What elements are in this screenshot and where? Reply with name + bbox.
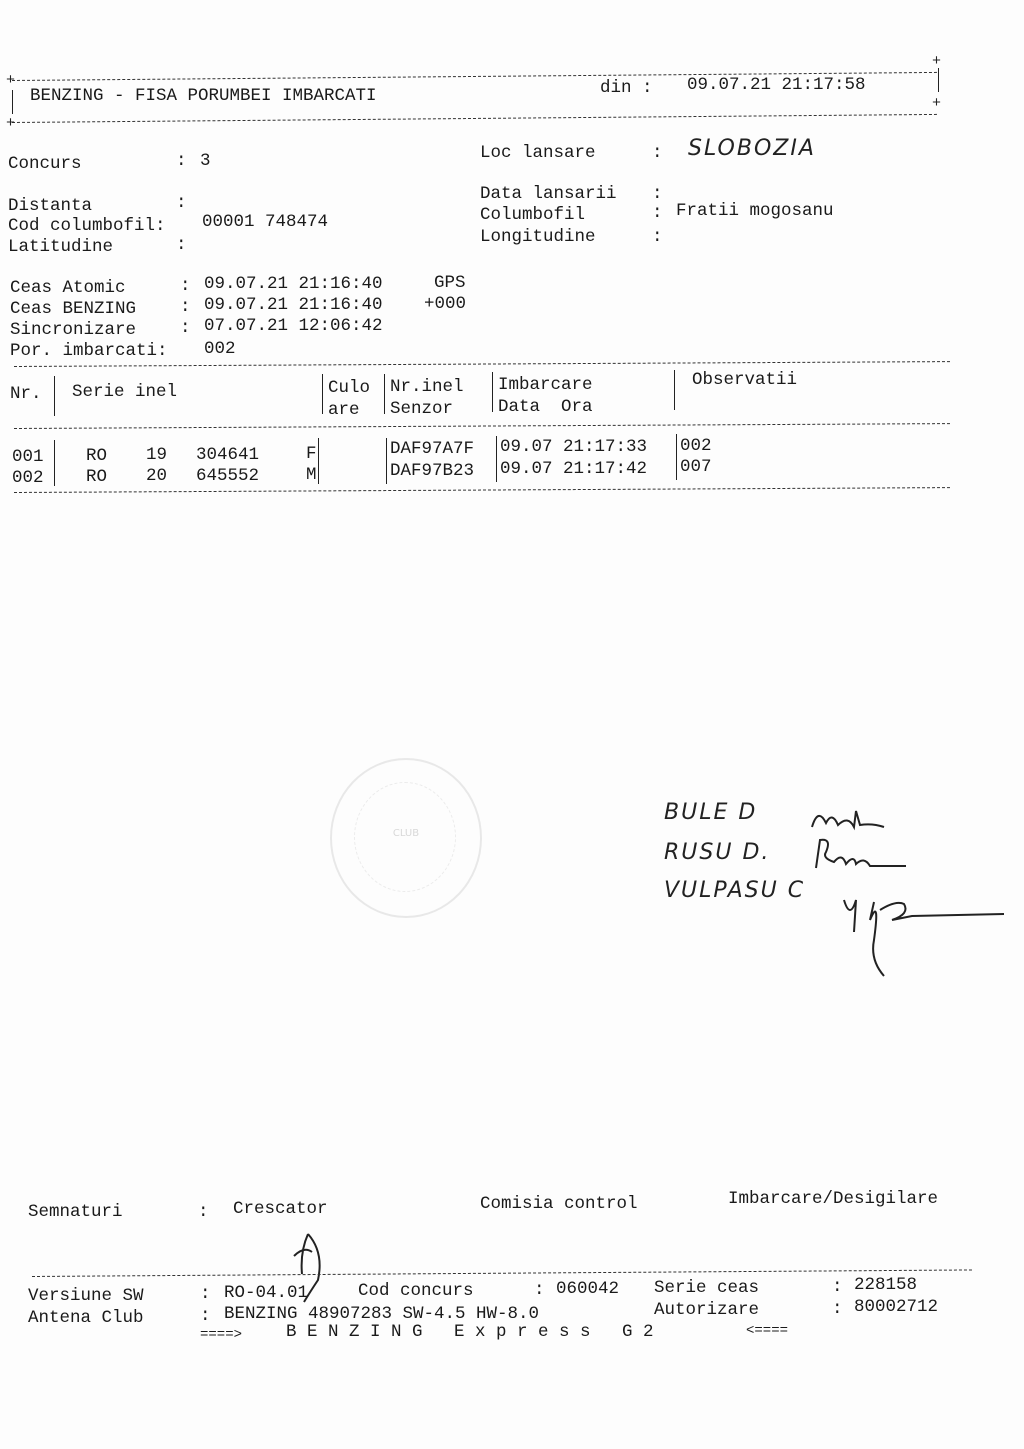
colon: : — [652, 203, 663, 224]
footer-divider — [32, 1269, 972, 1277]
antena-label: Antena Club — [28, 1308, 144, 1329]
banner-left-arrow: ====> — [200, 1325, 242, 1346]
col-divider — [54, 376, 55, 416]
colon: : — [200, 1284, 211, 1305]
row-senzor: DAF97B23 — [390, 461, 474, 482]
crescator-label: Crescator — [233, 1199, 328, 1220]
col-divider — [54, 440, 55, 486]
header-serie-inel: Serie inel — [72, 382, 177, 403]
row-nr: 002 — [12, 468, 44, 489]
banner-text: B E N Z I N G E x p r e s s G 2 — [286, 1322, 654, 1343]
row-data-ora: 09.07 21:17:33 — [500, 437, 647, 458]
cod-columbofil-value: 00001 748474 — [202, 212, 328, 233]
col-divider — [674, 370, 675, 410]
table-header-border — [14, 423, 950, 429]
colon: : — [198, 1202, 209, 1223]
corner-plus: + — [932, 98, 941, 110]
colon: : — [652, 143, 663, 164]
colon: : — [176, 193, 187, 214]
header-senzor: Senzor — [390, 399, 453, 420]
banner-right-arrow: <==== — [746, 1321, 788, 1342]
cod-columbofil-label: Cod columbofil: — [8, 216, 166, 237]
imbarcare-desigilare-label: Imbarcare/Desigilare — [728, 1189, 938, 1210]
row-country: RO — [86, 446, 107, 467]
por-imbarcati-value: 002 — [204, 339, 236, 360]
colon: : — [200, 1306, 211, 1327]
ceas-benzing-value: 09.07.21 21:16:40 — [204, 295, 383, 316]
row-observatii: 007 — [680, 457, 712, 478]
col-divider — [492, 372, 493, 412]
row-nr: 001 — [12, 447, 44, 468]
sincronizare-value: 07.07.21 12:06:42 — [204, 316, 383, 337]
distanta-label: Distanta — [8, 196, 92, 217]
comisia-control-label: Comisia control — [480, 1194, 638, 1215]
colon: : — [652, 184, 663, 205]
autorizare-label: Autorizare — [654, 1300, 759, 1321]
corner-plus: + — [6, 118, 15, 130]
row-ring: 645552 — [196, 466, 259, 487]
semnaturi-label: Semnaturi — [28, 1202, 123, 1223]
loc-lansare-value: SLOBOZIA — [688, 136, 816, 161]
club-stamp: CLUB — [330, 758, 482, 918]
sincronizare-label: Sincronizare — [10, 320, 136, 341]
signature-scribble-3 — [840, 880, 1010, 980]
colon: : — [832, 1299, 843, 1320]
colon: : — [534, 1280, 545, 1301]
latitudine-label: Latitudine — [8, 237, 113, 258]
colon: : — [180, 297, 191, 318]
header-imbarcare: Imbarcare — [498, 375, 593, 396]
autorizare-value: 80002712 — [854, 1297, 938, 1318]
col-divider — [386, 438, 387, 484]
versiune-label: Versiune SW — [28, 1286, 144, 1307]
cod-concurs-value: 060042 — [556, 1279, 619, 1300]
colon: : — [832, 1277, 843, 1298]
header-nr-inel: Nr.inel — [390, 377, 464, 398]
colon: : — [180, 276, 191, 297]
row-senzor: DAF97A7F — [390, 439, 474, 460]
header-data-ora: Data Ora — [498, 397, 593, 418]
row-year: 19 — [146, 445, 167, 466]
ceas-benzing-label: Ceas BENZING — [10, 299, 136, 320]
header-right-bar — [938, 68, 939, 92]
header-left-bar — [12, 90, 13, 114]
ceas-benzing-offset: +000 — [424, 294, 466, 315]
signature-scribble-1 — [808, 805, 888, 835]
row-year: 20 — [146, 466, 167, 487]
col-divider — [322, 374, 323, 414]
columbofil-label: Columbofil — [480, 205, 585, 226]
row-sex: F — [306, 444, 317, 465]
colon: : — [180, 318, 191, 339]
concurs-value: 3 — [200, 151, 211, 172]
row-sex: M — [306, 465, 317, 486]
signature-scribble-2 — [810, 834, 910, 874]
table-bottom-border — [14, 487, 950, 493]
row-country: RO — [86, 467, 107, 488]
din-label: din : — [600, 78, 653, 99]
ceas-atomic-source: GPS — [434, 273, 466, 294]
row-data-ora: 09.07 21:17:42 — [500, 459, 647, 480]
header-observatii: Observatii — [692, 370, 797, 391]
serie-ceas-value: 228158 — [854, 1275, 917, 1296]
loc-lansare-label: Loc lansare — [480, 143, 596, 164]
header-bottom-border — [12, 114, 937, 123]
cod-concurs-label: Cod concurs — [358, 1281, 474, 1302]
signature-name-1: BULE D — [664, 800, 757, 825]
signature-name-2: RUSU D. — [664, 840, 770, 865]
columbofil-value: Fratii mogosanu — [676, 201, 834, 222]
row-observatii: 002 — [680, 436, 712, 457]
por-imbarcati-label: Por. imbarcati: — [10, 341, 168, 362]
versiune-value: RO-04.01 — [224, 1283, 308, 1304]
header-nr: Nr. — [10, 384, 42, 405]
concurs-label: Concurs — [8, 154, 82, 175]
stamp-text: CLUB — [332, 828, 480, 839]
din-value: 09.07.21 21:17:58 — [687, 75, 866, 96]
document-title: BENZING - FISA PORUMBEI IMBARCATI — [30, 86, 377, 107]
corner-plus: + — [932, 56, 941, 68]
col-divider — [384, 374, 385, 414]
col-divider — [496, 436, 497, 482]
colon: : — [176, 235, 187, 256]
col-divider — [676, 434, 677, 480]
corner-plus: + — [6, 75, 15, 87]
ceas-atomic-label: Ceas Atomic — [10, 278, 126, 299]
row-ring: 304641 — [196, 445, 259, 466]
colon: : — [652, 227, 663, 248]
longitudine-label: Longitudine — [480, 227, 596, 248]
signature-name-3: VULPASU C — [664, 878, 805, 903]
header-culoare-2: are — [328, 400, 360, 421]
colon: : — [176, 151, 187, 172]
header-culoare: Culo — [328, 378, 370, 399]
col-divider — [318, 438, 319, 484]
data-lansarii-label: Data lansarii — [480, 184, 617, 205]
ceas-atomic-value: 09.07.21 21:16:40 — [204, 274, 383, 295]
serie-ceas-label: Serie ceas — [654, 1278, 759, 1299]
